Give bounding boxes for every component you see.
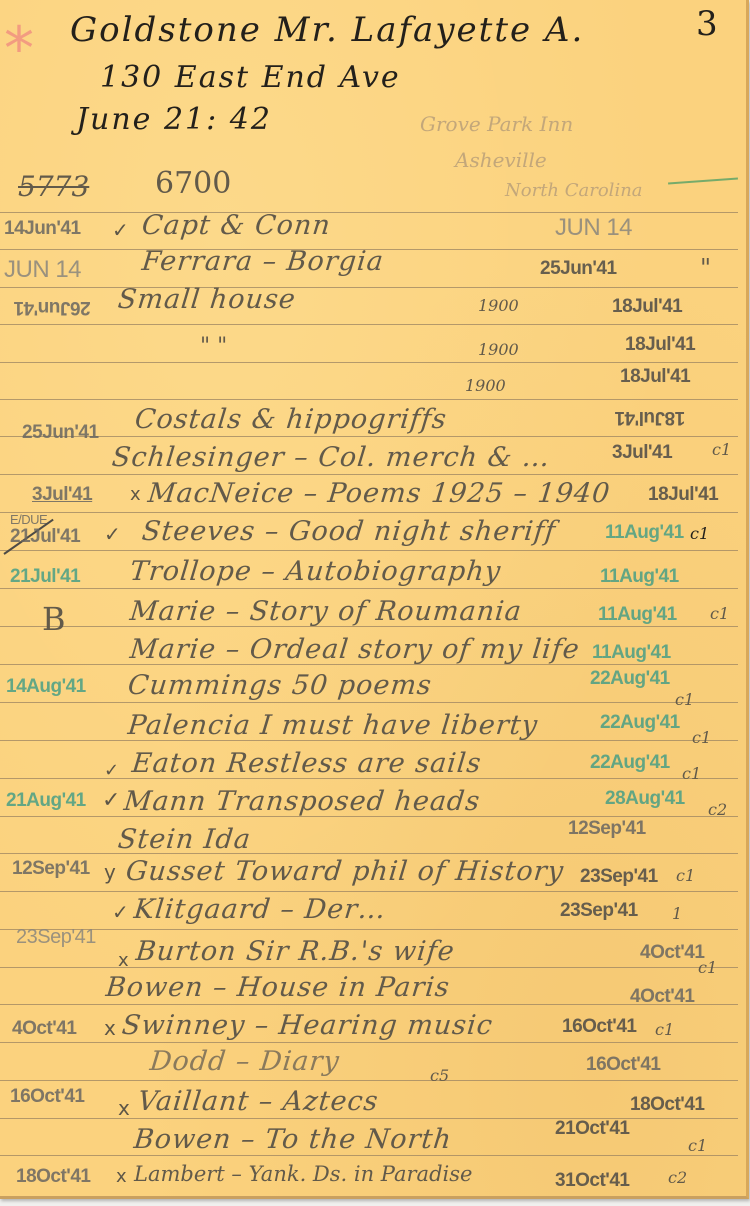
stamp-left: 3Jul'41 xyxy=(32,484,92,506)
stamp-right: 11Aug'41 xyxy=(605,522,684,544)
entry-title: Small house xyxy=(116,284,297,315)
stamp-right: 28Aug'41 xyxy=(605,788,685,810)
entry-title: Mann Transposed heads xyxy=(122,786,481,817)
entry-title: Swinney – Hearing music xyxy=(120,1010,494,1041)
stamp-right: 4Oct'41 xyxy=(630,986,694,1008)
ruled-line xyxy=(0,588,738,589)
stamp-right: 23Sep'41 xyxy=(560,900,638,922)
stamp-left: 4Oct'41 xyxy=(12,1018,76,1040)
stamp-right: 18Jul'41 xyxy=(620,366,690,388)
entry-title: Burton Sir R.B.'s wife xyxy=(134,936,456,967)
stamp-right-upside-down: 18Jul'41 xyxy=(615,406,685,428)
stamp-right: 11Aug'41 xyxy=(598,604,677,626)
entry-title: Dodd – Diary xyxy=(148,1046,341,1077)
x-mark-icon: x xyxy=(116,1166,127,1187)
ruled-line xyxy=(0,1004,738,1005)
stamp-right: 18Jul'41 xyxy=(648,484,718,506)
registration-date: June 21: 42 xyxy=(76,102,272,137)
entry-note: c1 xyxy=(690,524,709,543)
entry-note: c5 xyxy=(430,1066,449,1085)
entry-title: Vaillant – Aztecs xyxy=(136,1086,380,1117)
entry-title: Marie – Story of Roumania xyxy=(128,596,523,627)
stamp-right: 22Aug'41 xyxy=(590,668,670,690)
stamp-left: 14Aug'41 xyxy=(6,676,86,698)
stamp-right: 31Oct'41 xyxy=(555,1170,629,1192)
entry-title: Ferrara – Borgia xyxy=(140,246,385,277)
entry-title: Gusset Toward phil of History xyxy=(124,856,565,887)
entry-note: 1900 xyxy=(478,340,519,359)
account-number: 6700 xyxy=(155,166,231,201)
entry-title: Stein Ida xyxy=(116,824,252,855)
entry-note: c1 xyxy=(682,764,701,783)
entry-title: Trollope – Autobiography xyxy=(128,556,502,587)
card-number: 3 xyxy=(696,4,720,44)
y-mark: y xyxy=(104,860,116,884)
stamp-right: 3Jul'41 xyxy=(612,442,672,464)
stamp-left-upside-down: 26Jun'41 xyxy=(14,296,91,318)
red-star-mark-icon: * xyxy=(4,14,34,84)
ruled-line xyxy=(0,1042,738,1043)
entry-note: c1 xyxy=(698,958,717,977)
faint-note-line-3: North Carolina xyxy=(505,180,643,201)
faint-note-line-1: Grove Park Inn xyxy=(420,112,573,136)
side-mark-b: B xyxy=(42,600,66,638)
stamp-right: 11Aug'41 xyxy=(592,642,671,664)
entry-title: Schlesinger – Col. merch & … xyxy=(110,442,552,473)
x-mark-icon: x xyxy=(130,484,141,505)
ditto-mark: " " xyxy=(200,334,227,359)
stamp-left: JUN 14 xyxy=(4,256,81,284)
stamp-left: 16Oct'41 xyxy=(10,1086,84,1108)
ruled-line xyxy=(0,399,738,400)
check-mark-icon: ✓ xyxy=(102,788,120,813)
stamp-right: 16Oct'41 xyxy=(586,1054,660,1076)
check-mark-icon: ✓ xyxy=(112,218,129,242)
entry-title: Klitgaard – Der… xyxy=(132,894,387,925)
stamp-right: 18Jul'41 xyxy=(612,296,682,318)
stamp-right: 16Oct'41 xyxy=(562,1016,636,1038)
ruled-line xyxy=(0,929,738,930)
stamp-right: 12Sep'41 xyxy=(568,818,646,840)
entry-note: c1 xyxy=(692,728,711,747)
stamp-left: 25Jun'41 xyxy=(22,422,99,444)
check-mark-icon: ✓ xyxy=(104,760,119,781)
ditto-mark: " xyxy=(700,254,711,282)
ruled-line xyxy=(0,702,738,703)
check-mark-icon: ✓ xyxy=(112,900,129,924)
entry-note: 1900 xyxy=(478,296,519,315)
stamp-right: 25Jun'41 xyxy=(540,258,617,280)
entry-note: c1 xyxy=(676,866,695,885)
stamp-left: 12Sep'41 xyxy=(12,858,90,880)
stamp-right: 4Oct'41 xyxy=(640,942,704,964)
entry-title: Lambert – Yank. Ds. in Paradise xyxy=(134,1162,472,1186)
entry-title: Capt & Conn xyxy=(140,210,332,241)
ruled-line xyxy=(0,550,738,551)
x-mark-icon: x xyxy=(118,950,129,971)
entry-title: Bowen – To the North xyxy=(132,1124,453,1155)
stamp-left: 18Oct'41 xyxy=(16,1166,90,1188)
entry-title: MacNeice – Poems 1925 – 1940 xyxy=(146,478,612,509)
stamp-left: 21Jul'41 xyxy=(10,526,80,548)
entry-note: c1 xyxy=(712,440,731,459)
stamp-left: 21Aug'41 xyxy=(6,790,86,812)
entry-note: c1 xyxy=(710,604,729,623)
ruled-line xyxy=(0,474,738,475)
ruled-line xyxy=(0,853,738,854)
entry-note: 1 xyxy=(672,904,682,923)
entry-note: c1 xyxy=(688,1136,707,1155)
ruled-line xyxy=(0,967,738,968)
stamp-right: 18Jul'41 xyxy=(625,334,695,356)
stamp-right: 21Oct'41 xyxy=(555,1118,629,1140)
x-mark-icon: x xyxy=(104,1016,116,1040)
ruled-line xyxy=(0,891,738,892)
entry-title: Costals & hippogriffs xyxy=(133,404,448,435)
struck-account-number: 5773 xyxy=(18,170,89,203)
stamp-right: 23Sep'41 xyxy=(580,866,658,888)
entry-note: c1 xyxy=(675,690,694,709)
entry-title: Eaton Restless are sails xyxy=(130,748,483,779)
stamp-left: 21Jul'41 xyxy=(10,566,80,588)
entry-note: c2 xyxy=(668,1168,687,1187)
ruled-line xyxy=(0,1080,738,1081)
stamp-right: 22Aug'41 xyxy=(600,712,680,734)
faint-note-line-2: Asheville xyxy=(455,148,547,172)
stamp-right: 18Oct'41 xyxy=(630,1094,704,1116)
entry-title: Cummings 50 poems xyxy=(126,670,433,701)
entry-note: 1900 xyxy=(465,376,506,395)
entry-title: Marie – Ordeal story of my life xyxy=(128,634,581,665)
green-pencil-stroke xyxy=(668,178,738,185)
entry-title: Bowen – House in Paris xyxy=(104,972,451,1003)
stamp-left: 14Jun'41 xyxy=(4,218,81,240)
check-mark-icon: ✓ xyxy=(104,522,121,546)
ruled-line xyxy=(0,1155,738,1156)
library-borrower-card: * Goldstone Mr. Lafayette A. 3 130 East … xyxy=(0,0,749,1199)
stamp-left: 23Sep'41 xyxy=(16,926,96,949)
stamp-right: JUN 14 xyxy=(555,214,632,242)
ruled-line xyxy=(0,436,738,437)
ruled-line xyxy=(0,324,738,325)
borrower-address: 130 East End Ave xyxy=(100,60,401,95)
entry-title: Steeves – Good night sheriff xyxy=(140,516,557,547)
ruled-line xyxy=(0,512,738,513)
entry-title: Palencia I must have liberty xyxy=(126,710,539,741)
stamp-right: 22Aug'41 xyxy=(590,752,670,774)
stamp-right: 11Aug'41 xyxy=(600,566,679,588)
borrower-name: Goldstone Mr. Lafayette A. xyxy=(70,10,584,50)
ruled-line xyxy=(0,287,738,288)
entry-note: c2 xyxy=(708,800,727,819)
entry-note: c1 xyxy=(655,1020,674,1039)
ruled-line xyxy=(0,212,738,213)
x-mark-icon: x xyxy=(118,1096,130,1120)
ruled-line xyxy=(0,362,738,363)
